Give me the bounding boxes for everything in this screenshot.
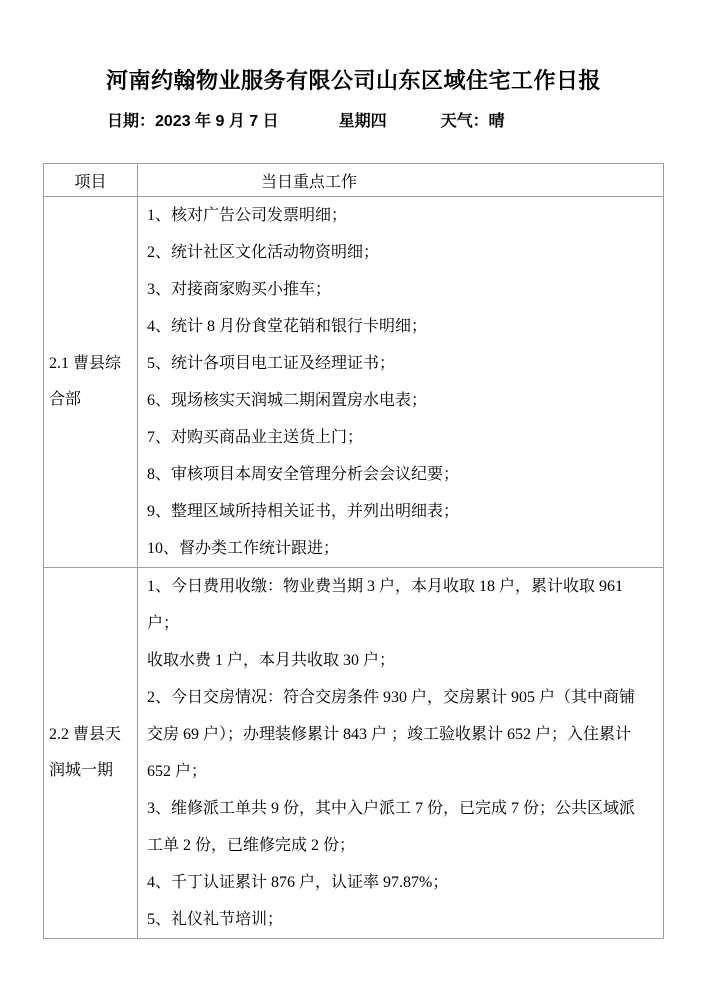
work-item-list: 1、核对广告公司发票明细；2、统计社区文化活动物资明细；3、对接商家购买小推车；… (138, 197, 664, 568)
work-item: 6、现场核实天润城二期闲置房水电表； (147, 382, 658, 419)
work-item-list: 1、今日费用收缴：物业费当期 3 户，本月收取 18 户，累计收取 961 户；… (138, 568, 664, 939)
work-column-header: 当日重点工作 (138, 164, 664, 197)
work-item: 3、对接商家购买小推车； (147, 271, 658, 308)
work-item: 5、统计各项目电工证及经理证书； (147, 345, 658, 382)
work-item: 2、今日交房情况：符合交房条件 930 户，交房累计 905 户（其中商铺 交房… (147, 679, 658, 790)
daily-report-table: 项目 当日重点工作 2.1 曹县综 合部 1、核对广告公司发票明细；2、统计社区… (43, 163, 664, 939)
work-item: 7、对购买商品业主送货上门； (147, 419, 658, 456)
work-item: 3、维修派工单共 9 份，其中入户派工 7 份，已完成 7 份；公共区域派 工单… (147, 790, 658, 864)
table-header-row: 项目 当日重点工作 (44, 164, 664, 197)
date-line: 日期：2023 年 9 月 7 日星期四天气：晴 (0, 111, 707, 133)
project-cell: 2.2 曹县天 润城一期 (44, 568, 138, 939)
weather-field: 天气：晴 (441, 113, 505, 130)
work-item: 1、今日费用收缴：物业费当期 3 户，本月收取 18 户，累计收取 961 户；… (147, 568, 658, 679)
work-item: 10、督办类工作统计跟进； (147, 530, 658, 567)
project-column-header: 项目 (44, 164, 138, 197)
work-item: 9、整理区域所持相关证书，并列出明细表； (147, 493, 658, 530)
table-row: 2.1 曹县综 合部 1、核对广告公司发票明细；2、统计社区文化活动物资明细；3… (44, 197, 664, 568)
weekday-field: 星期四 (339, 113, 387, 130)
work-item: 4、千丁认证累计 876 户，认证率 97.87%； (147, 864, 658, 901)
project-cell: 2.1 曹县综 合部 (44, 197, 138, 568)
work-item: 5、礼仪礼节培训； (147, 901, 658, 938)
document-title: 河南约翰物业服务有限公司山东区域住宅工作日报 (0, 0, 707, 96)
work-item: 2、统计社区文化活动物资明细； (147, 234, 658, 271)
work-item: 8、审核项目本周安全管理分析会会议纪要； (147, 456, 658, 493)
work-item: 4、统计 8 月份食堂花销和银行卡明细； (147, 308, 658, 345)
date-field: 日期：2023 年 9 月 7 日 (107, 113, 279, 130)
table-row: 2.2 曹县天 润城一期 1、今日费用收缴：物业费当期 3 户，本月收取 18 … (44, 568, 664, 939)
work-item: 1、核对广告公司发票明细； (147, 197, 658, 234)
document-page: 河南约翰物业服务有限公司山东区域住宅工作日报 日期：2023 年 9 月 7 日… (0, 0, 707, 999)
